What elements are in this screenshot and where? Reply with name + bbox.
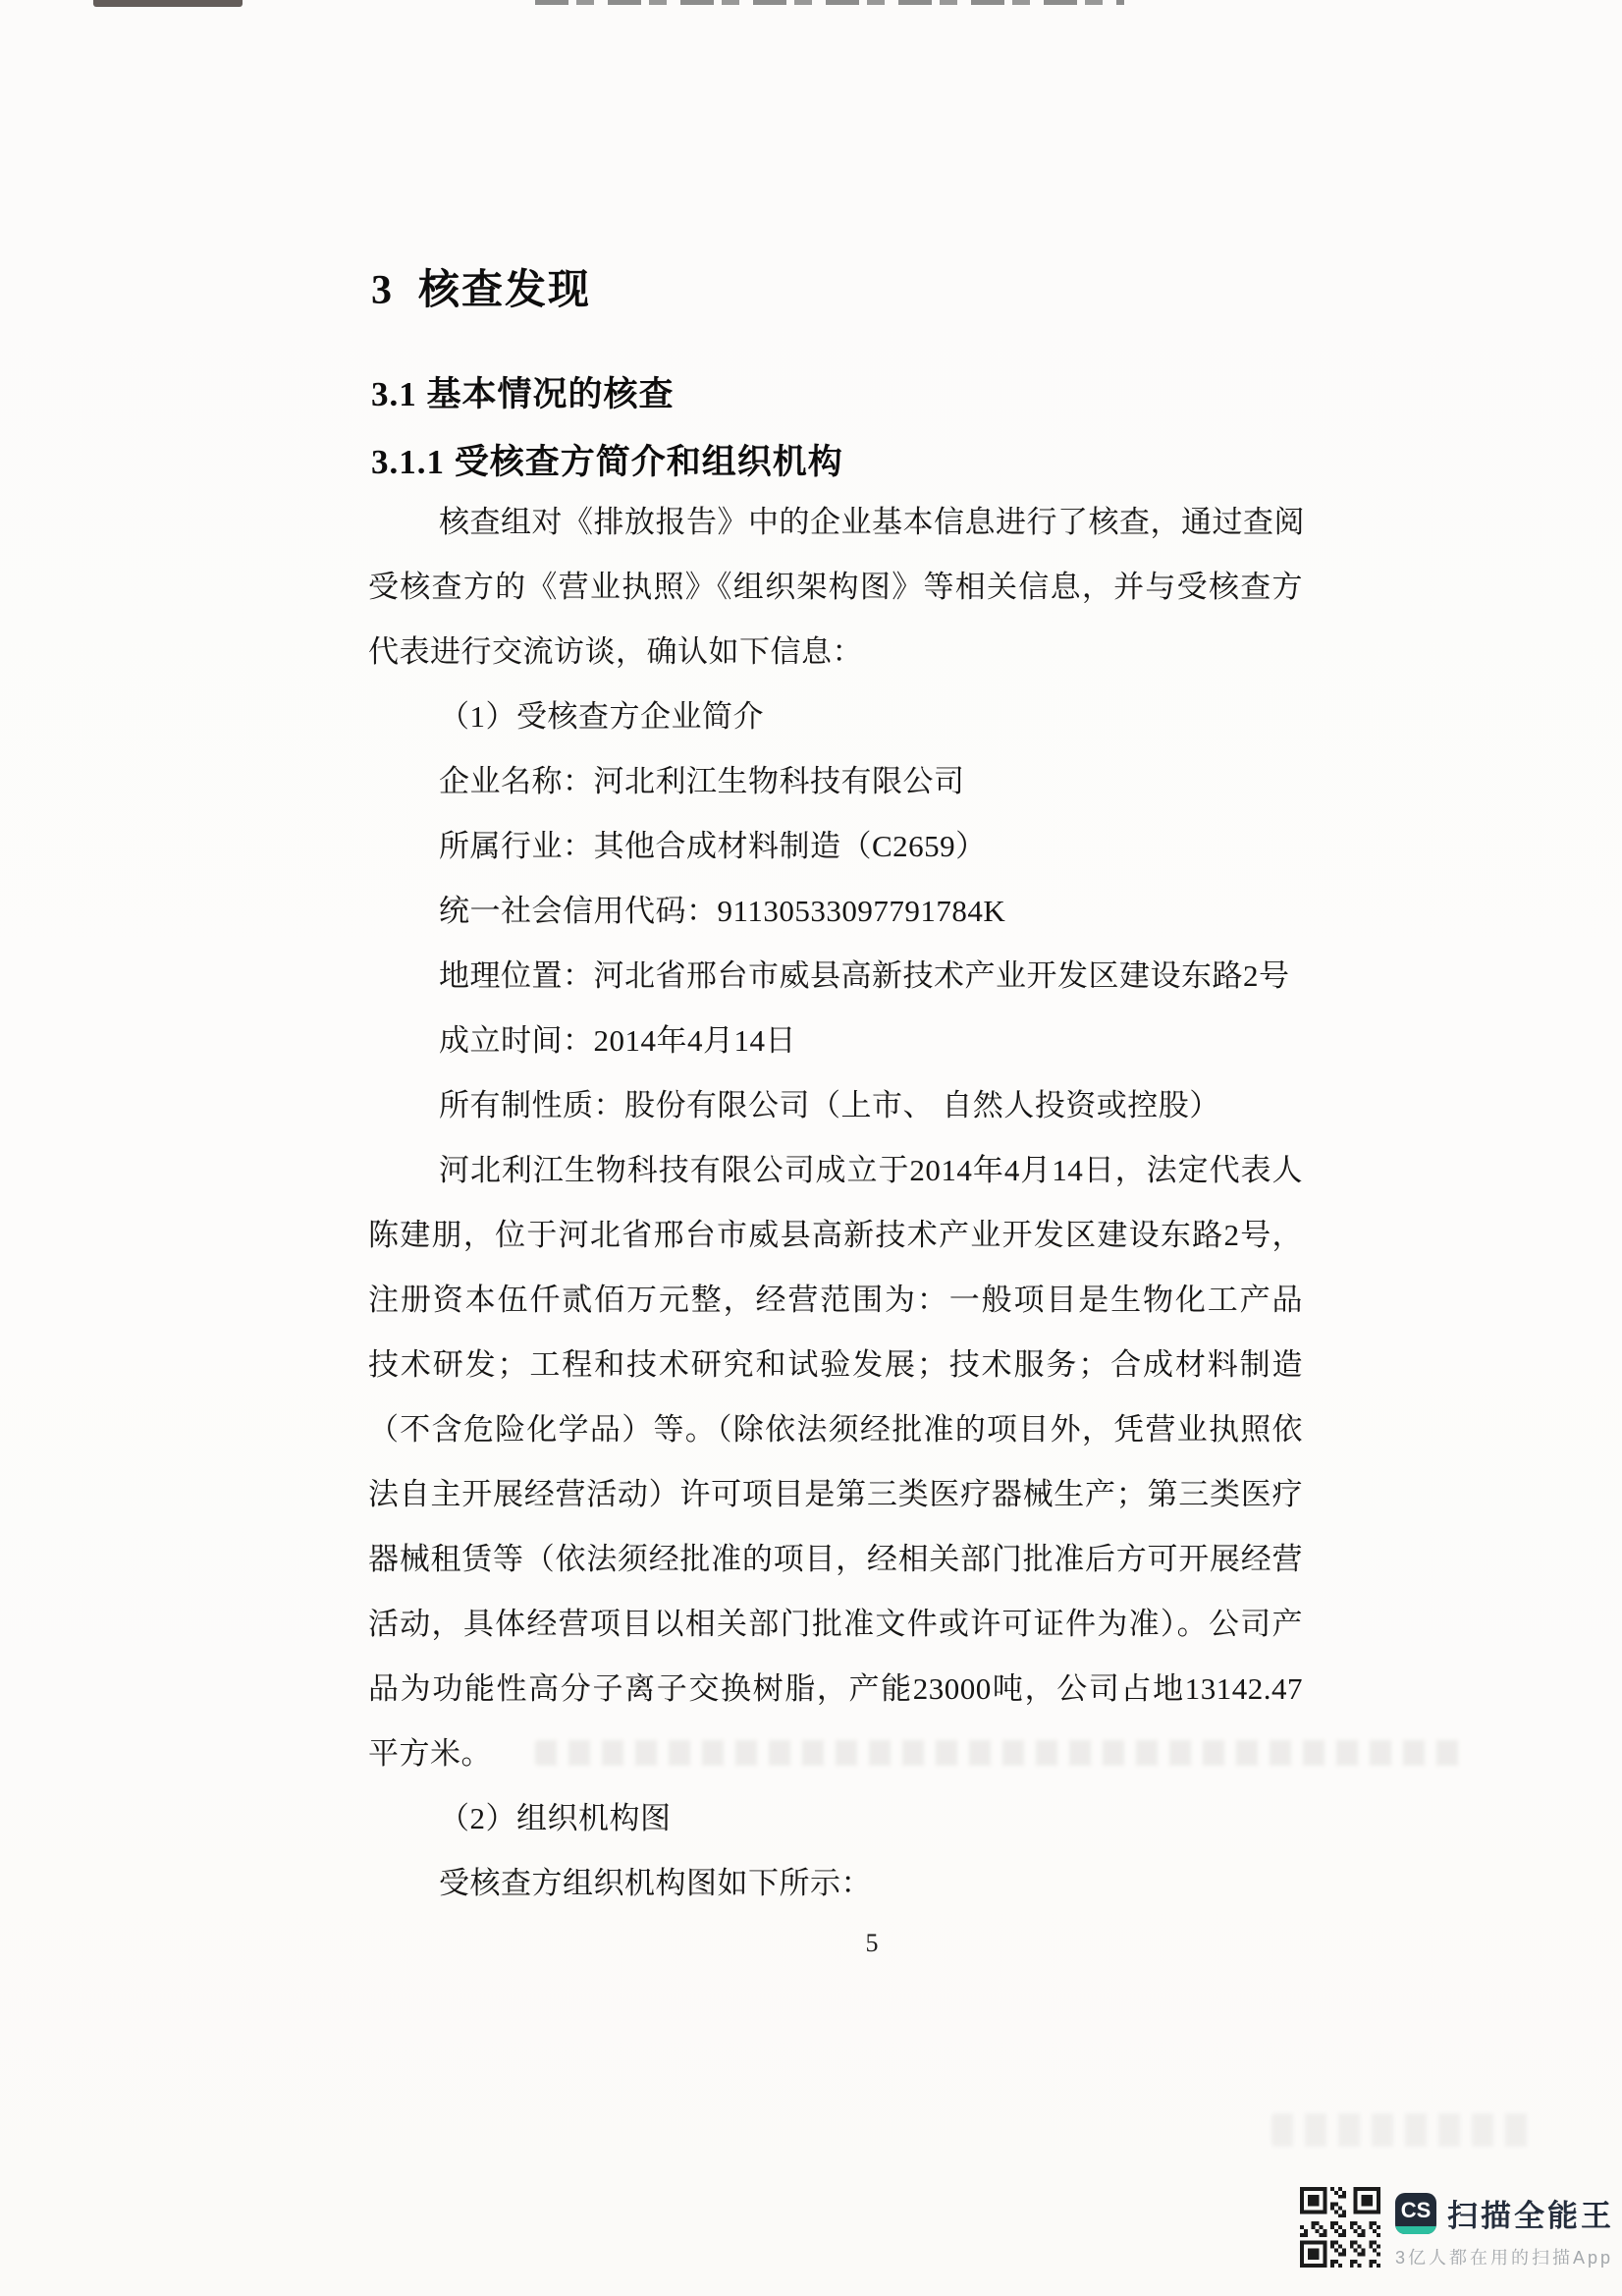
text-line: 成立时间：2014年4月14日 [368,1009,1303,1073]
camscanner-branding: CS 扫描全能王 3亿人都在用的扫描App [1395,2187,1614,2269]
text-line: 陈建朋，位于河北省邢台市威县高新技术产业开发区建设东路2号， [368,1203,1303,1268]
text-line: 受核查方的《营业执照》《组织架构图》等相关信息，并与受核查方 [368,555,1303,620]
camscanner-watermark: CS 扫描全能王 3亿人都在用的扫描App [1299,2187,1614,2269]
app-tagline: 3亿人都在用的扫描App [1395,2244,1614,2269]
bleed-through-artifact [1271,2113,1537,2147]
text-line: （2）组织机构图 [368,1786,1303,1851]
section-heading: 3 核查发现 [371,257,591,316]
text-line: 活动，具体经营项目以相关部门批准文件或许可证件为准）。公司产 [368,1592,1303,1657]
text-line: 器械租赁等（依法须经批准的项目，经相关部门批准后方可开展经营 [368,1527,1303,1592]
text-line: 统一社会信用代码：91130533097791784K [368,879,1303,944]
body-text: 核查组对《排放报告》中的企业基本信息进行了核查，通过查阅 受核查方的《营业执照》… [368,490,1303,1916]
text-line: 代表进行交流访谈，确认如下信息： [368,620,1303,684]
scan-artifact-top-dashes [535,0,1124,5]
qr-code-icon [1299,2187,1381,2268]
text-line: 所有制性质：股份有限公司（上市、 自然人投资或控股） [368,1073,1303,1138]
text-line: 河北利江生物科技有限公司成立于2014年4月14日，法定代表人 [368,1138,1303,1203]
cs-logo-text: CS [1401,2198,1432,2223]
text-line: （1）受核查方企业简介 [368,684,1303,749]
bleed-through-artifact [535,1740,1468,1766]
text-line: 核查组对《排放报告》中的企业基本信息进行了核查，通过查阅 [368,490,1303,555]
text-line: 品为功能性高分子离子交换树脂，产能23000吨，公司占地13142.47 [368,1657,1303,1722]
text-line: 所属行业：其他合成材料制造（C2659） [368,814,1303,879]
text-line: 地理位置：河北省邢台市威县高新技术产业开发区建设东路2号 [368,944,1303,1009]
subsection-heading: 3.1 基本情况的核查 [371,367,675,416]
text-line: （不含危险化学品）等。（除依法须经批准的项目外，凭营业执照依 [368,1397,1303,1462]
text-line: 技术研发；工程和技术研究和试验发展；技术服务；合成材料制造 [368,1333,1303,1397]
app-name: 扫描全能王 [1447,2191,1614,2235]
scanned-document-page: 3 核查发现 3.1 基本情况的核查 3.1.1 受核查方简介和组织机构 核查组… [0,0,1622,2296]
page-number: 5 [842,1929,901,1958]
text-line: 法自主开展经营活动）许可项目是第三类医疗器械生产；第三类医疗 [368,1462,1303,1527]
scan-artifact-top-left [93,0,243,7]
text-line: 注册资本伍仟贰佰万元整，经营范围为：一般项目是生物化工产品 [368,1268,1303,1333]
text-line: 受核查方组织机构图如下所示： [368,1851,1303,1916]
text-line: 企业名称：河北利江生物科技有限公司 [368,749,1303,814]
cs-logo-accent-bar [1395,2226,1436,2234]
camscanner-logo-icon: CS [1395,2193,1436,2234]
subsubsection-heading: 3.1.1 受核查方简介和组织机构 [371,435,843,484]
